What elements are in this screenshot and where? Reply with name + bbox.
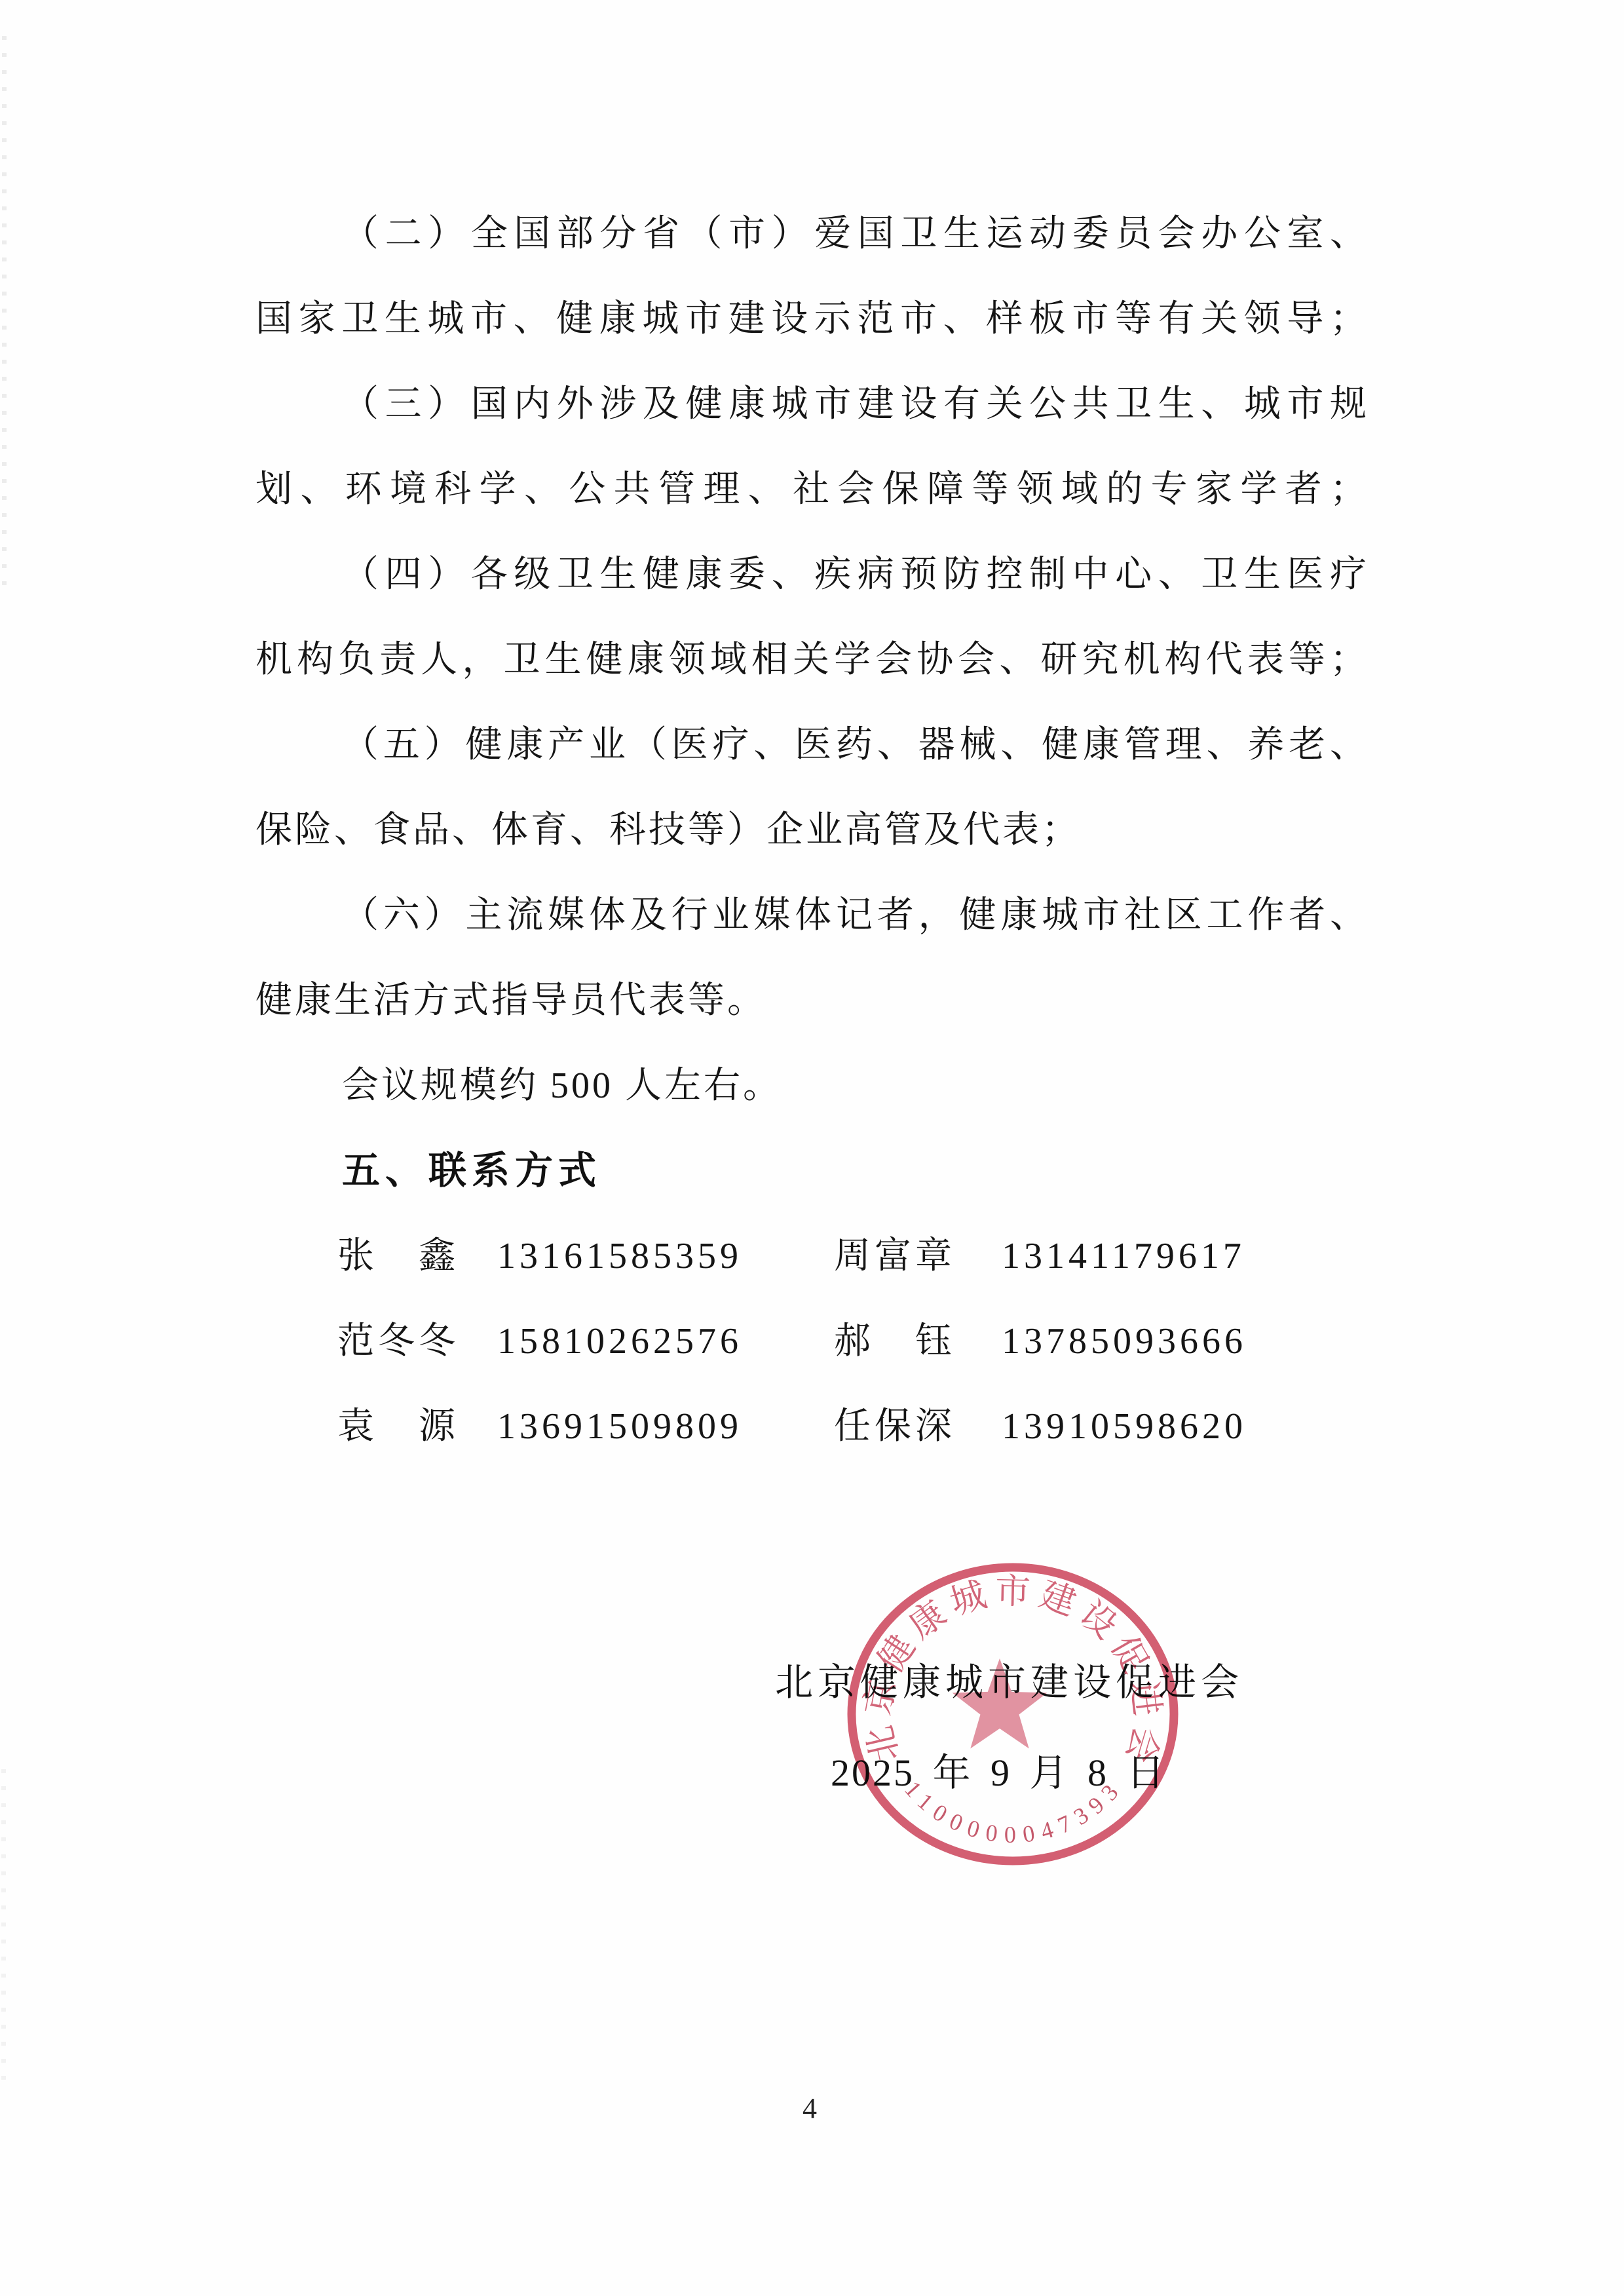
body-line: 会议规模约 500 人左右。 xyxy=(255,1043,1369,1128)
contact-phone: 13691509809 xyxy=(497,1384,741,1469)
contact-name: 郝 钰 xyxy=(834,1299,960,1384)
official-seal: 北京健康城市建设促进会 1100000047393 xyxy=(810,1531,1216,1898)
contact-phone: 13161585359 xyxy=(497,1214,741,1299)
contact-phone: 13785093666 xyxy=(1002,1299,1247,1384)
contact-row: 袁 源 13691509809 任保深 13910598620 xyxy=(255,1384,1369,1469)
contact-name: 范冬冬 xyxy=(337,1299,463,1384)
star-icon xyxy=(953,1658,1048,1749)
body-line: 保险、食品、体育、科技等）企业高管及代表； xyxy=(255,788,1369,873)
body-line: 划、环境科学、公共管理、社会保障等领域的专家学者； xyxy=(255,447,1369,532)
scan-artifact xyxy=(2,36,7,586)
contact-name: 张 鑫 xyxy=(337,1214,463,1299)
body-line: （五）健康产业（医疗、医药、器械、健康管理、养老、 xyxy=(255,702,1369,788)
contact-name: 任保深 xyxy=(834,1384,960,1469)
contact-phone: 13910598620 xyxy=(1002,1384,1247,1469)
contact-phone: 13141179617 xyxy=(1002,1214,1245,1299)
body-line: 国家卫生城市、健康城市建设示范市、样板市等有关领导； xyxy=(255,277,1369,362)
page-number: 4 xyxy=(790,2092,829,2125)
section-heading-contacts: 五、联系方式 xyxy=(255,1128,1369,1214)
contact-row: 范冬冬 15810262576 郝 钰 13785093666 xyxy=(255,1299,1369,1384)
body-line: （二）全国部分省（市）爱国卫生运动委员会办公室、 xyxy=(255,191,1369,277)
body-line: 健康生活方式指导员代表等。 xyxy=(255,958,1369,1043)
contact-phone: 15810262576 xyxy=(497,1299,741,1384)
body-text-block: （二）全国部分省（市）爱国卫生运动委员会办公室、 国家卫生城市、健康城市建设示范… xyxy=(255,191,1369,1469)
scan-artifact xyxy=(1,1769,6,2084)
body-line: （三）国内外涉及健康城市建设有关公共卫生、城市规 xyxy=(255,362,1369,447)
contact-name: 周富章 xyxy=(834,1214,960,1299)
contact-name: 袁 源 xyxy=(337,1384,463,1469)
contact-row: 张 鑫 13161585359 周富章 13141179617 xyxy=(255,1214,1369,1299)
document-page: （二）全国部分省（市）爱国卫生运动委员会办公室、 国家卫生城市、健康城市建设示范… xyxy=(0,0,1624,2296)
body-line: （四）各级卫生健康委、疾病预防控制中心、卫生医疗 xyxy=(255,532,1369,617)
body-line: （六）主流媒体及行业媒体记者，健康城市社区工作者、 xyxy=(255,873,1369,958)
body-line: 机构负责人，卫生健康领域相关学会协会、研究机构代表等； xyxy=(255,617,1369,702)
